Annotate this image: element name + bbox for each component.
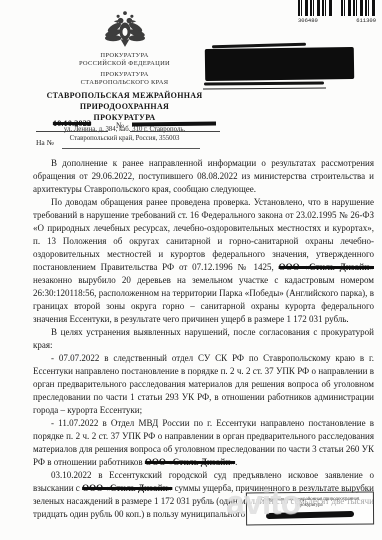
redacted-company-name: ООО «Стиль Дизайн» (279, 262, 374, 272)
letterhead-office-name: ПРИРОДООХРАННАЯ (22, 101, 227, 112)
paragraph-text: незаконно вырубило 20 деревьев на земель… (33, 275, 374, 324)
letter-body: В дополнение к ранее направленной информ… (33, 157, 374, 521)
number-sign-label: № (116, 120, 124, 130)
paragraph-text: В дополнение к ранее направленной информ… (33, 158, 374, 194)
recipient-email-redaction (204, 81, 324, 85)
barcode-number-right: 611309 (356, 17, 376, 24)
office-stamp: Ставропольская межрайонная природоохранн… (246, 492, 374, 526)
recipient-email-underline (203, 87, 326, 89)
paragraph-intro: В дополнение к ранее направленной информ… (33, 157, 374, 196)
paragraph-measure-2: - 11.07.2022 в Отдел МВД России по г. Ес… (33, 417, 374, 469)
reference-number-underline (62, 148, 200, 149)
letterhead-office-name: СТАВРОПОЛЬСКАЯ МЕЖРАЙОННАЯ (22, 90, 227, 101)
reference-number-label: На № (36, 138, 54, 147)
letter-date: 10.10.2022 (36, 118, 108, 132)
paragraph-text: - 07.07.2022 в следственный отдел СУ СК … (33, 353, 374, 415)
scanned-letter-page: ПРОКУРАТУРА РОССИЙСКОЙ ФЕДЕРАЦИИ ПРОКУРА… (0, 0, 382, 540)
paragraph-violation: По доводам обращения ранее проведена про… (33, 196, 374, 326)
letterhead-org-line: ПРОКУРАТУРА (22, 71, 227, 79)
barcode-bars-icon (298, 0, 376, 16)
redacted-company-name: ООО «Стиль Дизайн» (145, 457, 235, 467)
paragraph-measures-intro: В целях устранения выявленных нарушений,… (33, 326, 374, 352)
letterhead-org-line: СТАВРОПОЛЬСКОГО КРАЯ (22, 79, 227, 87)
paragraph-measure-1: - 07.07.2022 в следственный отдел СУ СК … (33, 352, 374, 417)
recipient-address-redaction-block (205, 47, 354, 81)
redacted-company-name: ООО «Стиль Дизайн» (82, 483, 172, 493)
letter-number-underline (130, 131, 220, 132)
stamp-signature-redaction (266, 511, 354, 519)
russian-eagle-emblem-icon (105, 10, 145, 50)
paragraph-text: По доводам обращения ранее проведена про… (33, 197, 374, 272)
stamp-text-line: прокуратура (247, 503, 373, 510)
barcode-number-left: 306480 (298, 17, 318, 24)
barcode: 306480 611309 (298, 0, 376, 24)
letterhead-org-line: РОССИЙСКОЙ ФЕДЕРАЦИИ (22, 60, 227, 68)
paragraph-text: В целях устранения выявленных нарушений,… (33, 327, 374, 350)
letterhead-org-line: ПРОКУРАТУРА (22, 52, 227, 60)
paragraph-text: . (235, 457, 237, 467)
